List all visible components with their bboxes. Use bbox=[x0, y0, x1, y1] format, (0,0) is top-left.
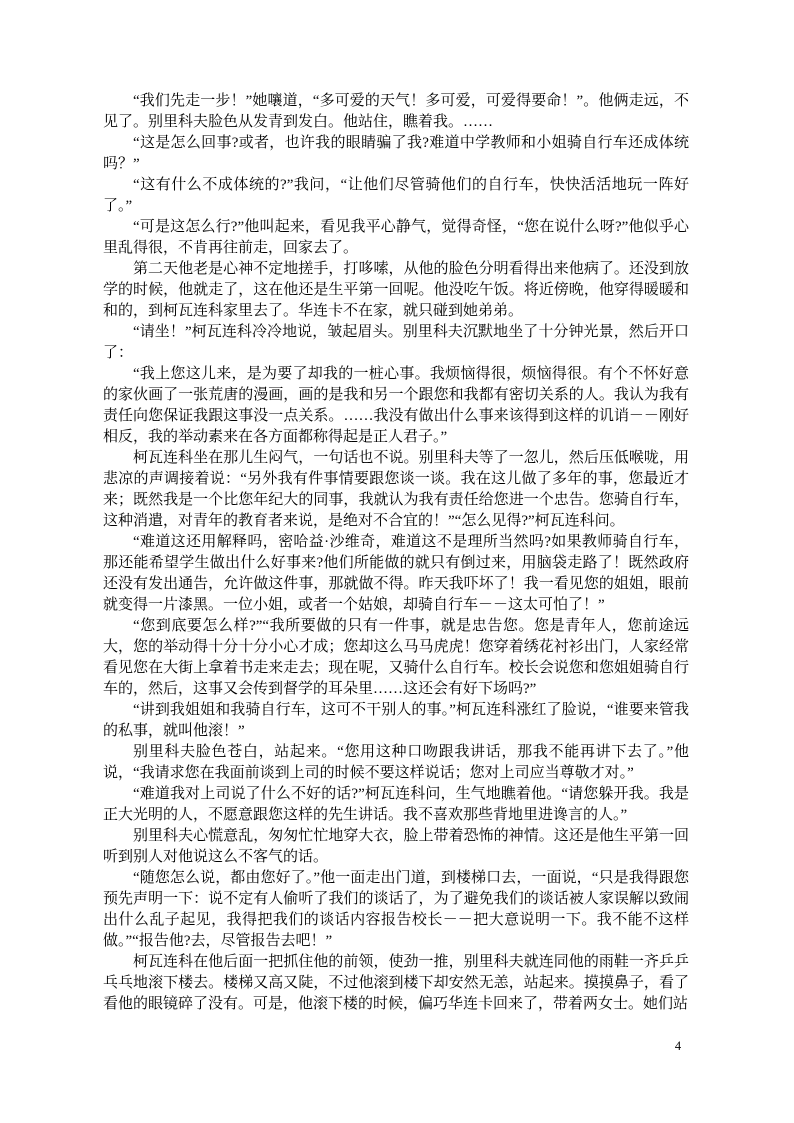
paragraph: “这是怎么回事?或者，也许我的眼睛骗了我?难道中学教师和小姐骑自行车还成体统吗？… bbox=[103, 133, 689, 175]
page-body-text: “我们先走一步！”她嚷道，“多可爱的天气！多可爱，可爱得要命！”。他俩走远，不见… bbox=[103, 91, 689, 1015]
paragraph: “讲到我姐姐和我骑自行车，这可不干别人的事。”柯瓦连科涨红了脸说，“谁要来管我的… bbox=[103, 700, 689, 742]
paragraph: 柯瓦连科坐在那儿生闷气，一句话也不说。别里科夫等了一忽儿，然后压低喉咙，用悲凉的… bbox=[103, 448, 689, 532]
paragraph: 柯瓦连科在他后面一把抓住他的前领，使劲一推，别里科夫就连同他的雨鞋一齐乒乒乓乓地… bbox=[103, 952, 689, 1015]
paragraph: “请坐！”柯瓦连科冷冷地说，皱起眉头。别里科夫沉默地坐了十分钟光景，然后开口了： bbox=[103, 322, 689, 364]
paragraph: “我上您这儿来，是为要了却我的一桩心事。我烦恼得很，烦恼得很。有个不怀好意的家伙… bbox=[103, 364, 689, 448]
paragraph: “随您怎么说，都由您好了。”他一面走出门道，到楼梯口去，一面说，“只是我得跟您预… bbox=[103, 868, 689, 952]
paragraph: 别里科夫脸色苍白，站起来。“您用这种口吻跟我讲话，那我不能再讲下去了。”他说，“… bbox=[103, 742, 689, 784]
paragraph: 别里科夫心慌意乱，匆匆忙忙地穿大衣，脸上带着恐怖的神情。这还是他生平第一回听到别… bbox=[103, 826, 689, 868]
paragraph: “难道我对上司说了什么不好的话?”柯瓦连科问，生气地瞧着他。“请您躲开我。我是正… bbox=[103, 784, 689, 826]
document-page: “我们先走一步！”她嚷道，“多可爱的天气！多可爱，可爱得要命！”。他俩走远，不见… bbox=[0, 0, 794, 1123]
paragraph: “难道这还用解释吗，密哈益·沙维奇，难道这不是理所当然吗?如果教师骑自行车，那还… bbox=[103, 532, 689, 616]
page-number: 4 bbox=[668, 1039, 688, 1054]
paragraph: 第二天他老是心神不定地搓手，打哆嗦，从他的脸色分明看得出来他病了。还没到放学的时… bbox=[103, 259, 689, 322]
paragraph: “可是这怎么行?”他叫起来，看见我平心静气，觉得奇怪，“您在说什么呀?”他似乎心… bbox=[103, 217, 689, 259]
paragraph: “您到底要怎么样?”“我所要做的只有一件事，就是忠告您。您是青年人，您前途远大，… bbox=[103, 616, 689, 700]
paragraph: “这有什么不成体统的?”我问，“让他们尽管骑他们的自行车，快快活活地玩一阵好了。… bbox=[103, 175, 689, 217]
paragraph: “我们先走一步！”她嚷道，“多可爱的天气！多可爱，可爱得要命！”。他俩走远，不见… bbox=[103, 91, 689, 133]
